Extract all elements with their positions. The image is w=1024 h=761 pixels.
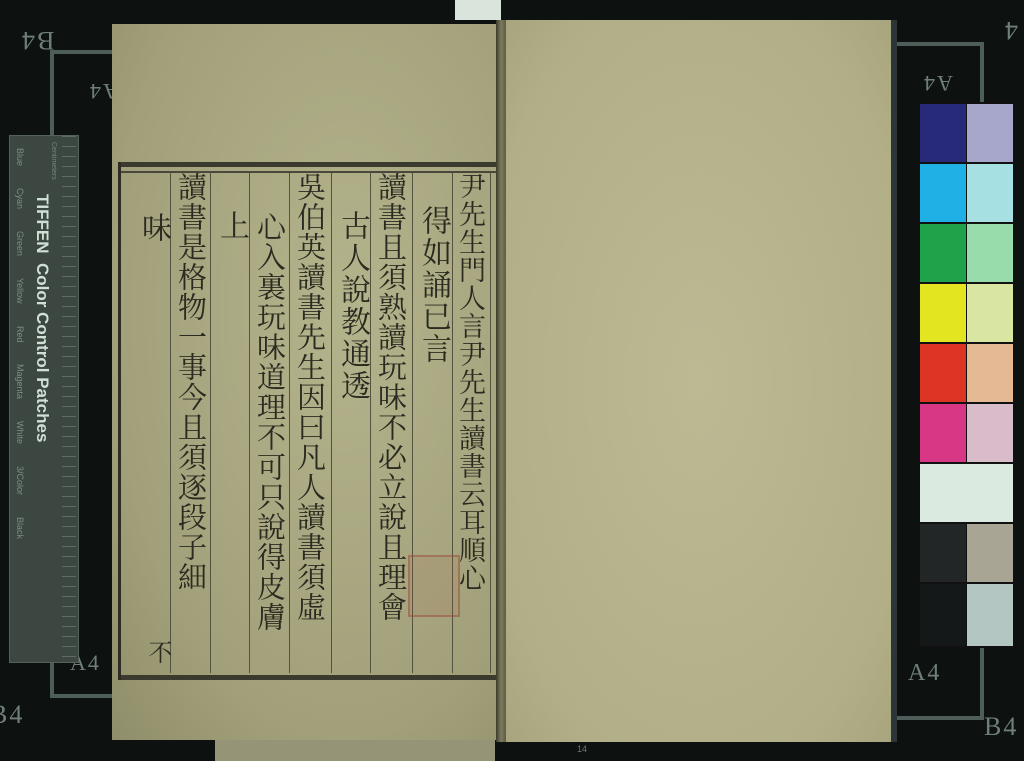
- color-calibration-chart: [918, 102, 1014, 648]
- text-column-7: 上: [213, 210, 249, 242]
- text-column-3: 讀書且須熟讀玩味不必立說且理會: [373, 172, 409, 622]
- patch-cyan-right: [967, 164, 1013, 222]
- print-frame-top: [118, 162, 496, 167]
- ruler-color-red: Red: [15, 326, 25, 343]
- ruler-color-3color: 3/Color: [15, 466, 25, 495]
- tiffen-color-control-ruler: TIFFEN Color Control Patches Blue Cyan G…: [9, 135, 79, 663]
- underlying-page-strip: [215, 740, 495, 761]
- ruler-units: Centimeters: [50, 142, 57, 180]
- patch-green-right: [967, 224, 1013, 282]
- column-rule: [210, 173, 211, 673]
- column-rule: [370, 173, 371, 673]
- text-column-10: 不: [140, 640, 176, 666]
- patch-black-right: [967, 584, 1013, 646]
- column-rule: [331, 173, 332, 673]
- ruler-title: Color Control Patches: [33, 263, 52, 442]
- patch-yellow-right: [967, 284, 1013, 342]
- patch-black-left: [920, 584, 966, 646]
- paper-tab-slip: [455, 0, 501, 20]
- text-column-6: 心入裏玩味道理不可只說得皮膚: [252, 212, 288, 632]
- mat-label-bottom-right-b4: B4: [984, 712, 1018, 742]
- mat-label-bottom-left-b4: B4: [0, 700, 24, 730]
- patch-3color-right: [967, 524, 1013, 582]
- column-rule: [289, 173, 290, 673]
- text-column-2: 得如誦已言: [415, 205, 451, 365]
- text-column-9: 味: [135, 212, 171, 244]
- ruler-brand: TIFFEN Color Control Patches: [32, 194, 52, 442]
- patch-3color-left: [920, 524, 966, 582]
- column-rule: [249, 173, 250, 673]
- ruler-color-blue: Blue: [15, 148, 25, 166]
- patch-blue-left: [920, 104, 966, 162]
- patch-red-left: [920, 344, 966, 402]
- patch-magenta-right: [967, 404, 1013, 462]
- right-page-blank: [503, 20, 893, 742]
- mat-label-top-left-b4: B4: [20, 25, 54, 55]
- ruler-color-cyan: Cyan: [15, 188, 25, 209]
- patch-magenta-left: [920, 404, 966, 462]
- print-frame-bottom: [118, 675, 496, 680]
- ruler-ticks: [62, 136, 76, 662]
- ruler-brand-name: TIFFEN: [33, 194, 52, 254]
- collector-seal: [408, 555, 460, 617]
- text-column-8: 讀書是格物一事今且須逐段子細: [173, 172, 209, 592]
- ruler-color-black: Black: [15, 517, 25, 539]
- patch-cyan-left: [920, 164, 966, 222]
- text-column-4: 古人說教通透: [334, 210, 370, 402]
- book-edge: [891, 20, 897, 742]
- ruler-color-names: Blue Cyan Green Yellow Red Magenta White…: [15, 148, 25, 561]
- text-column-5: 吳伯英讀書先生因曰凡人讀書須虛: [292, 172, 328, 622]
- page-number-under: 14: [577, 744, 587, 754]
- ruler-color-yellow: Yellow: [15, 278, 25, 304]
- text-column-1: 尹先生門人言尹先生讀書云耳順心: [452, 172, 486, 592]
- print-frame-left: [118, 162, 121, 680]
- patch-white: [920, 464, 1013, 522]
- patch-yellow-left: [920, 284, 966, 342]
- mat-label-top-right-a4: A4: [922, 70, 953, 96]
- column-rule: [170, 173, 171, 673]
- patch-red-right: [967, 344, 1013, 402]
- patch-blue-right: [967, 104, 1013, 162]
- mat-label-top-right-4: 4: [1003, 15, 1018, 45]
- mat-label-bottom-right-a4: A4: [908, 660, 941, 687]
- patch-green-left: [920, 224, 966, 282]
- ruler-color-white: White: [15, 421, 25, 444]
- ruler-color-magenta: Magenta: [15, 364, 25, 399]
- book-gutter: [496, 20, 506, 742]
- ruler-color-green: Green: [15, 231, 25, 256]
- column-rule: [490, 173, 491, 673]
